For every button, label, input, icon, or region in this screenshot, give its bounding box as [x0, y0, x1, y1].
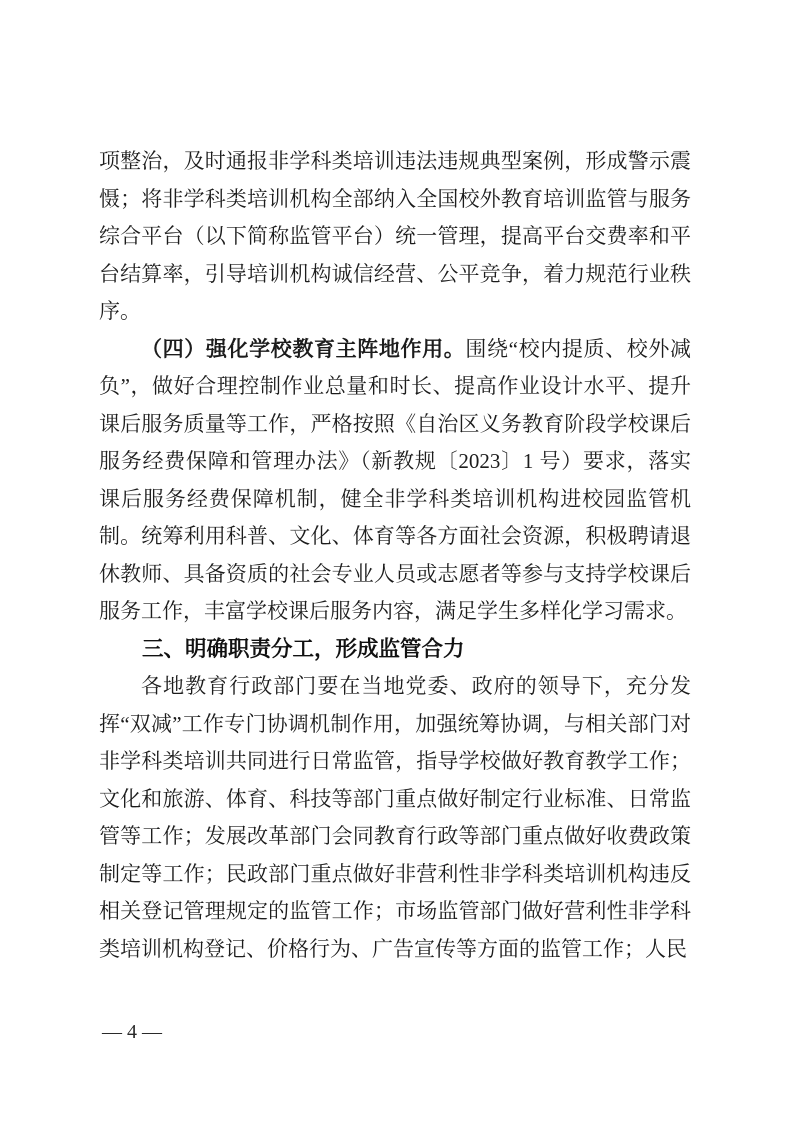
document-body: 项整治，及时通报非学科类培训违法违规典型案例，形成警示震慑；将非学科类培训机构全… [99, 143, 691, 968]
paragraph-item-four: （四）强化学校教育主阵地作用。围绕“校内提质、校外减负”，做好合理控制作业总量和… [99, 331, 691, 631]
paragraph-continued: 项整治，及时通报非学科类培训违法违规典型案例，形成警示震慑；将非学科类培训机构全… [99, 143, 691, 331]
document-page: 项整治，及时通报非学科类培训违法违规典型案例，形成警示震慑；将非学科类培训机构全… [0, 0, 793, 1122]
paragraph-body-text: 围绕“校内提质、校外减负”，做好合理控制作业总量和时长、提高作业设计水平、提升课… [99, 337, 691, 624]
paragraph-responsibilities: 各地教育行政部门要在当地党委、政府的领导下，充分发挥“双减”工作专门协调机制作用… [99, 668, 691, 968]
page-number: — 4 — [102, 1019, 162, 1045]
paragraph-lead-bold: （四）强化学校教育主阵地作用。 [141, 337, 465, 361]
section-heading-three: 三、明确职责分工，形成监管合力 [99, 631, 691, 669]
